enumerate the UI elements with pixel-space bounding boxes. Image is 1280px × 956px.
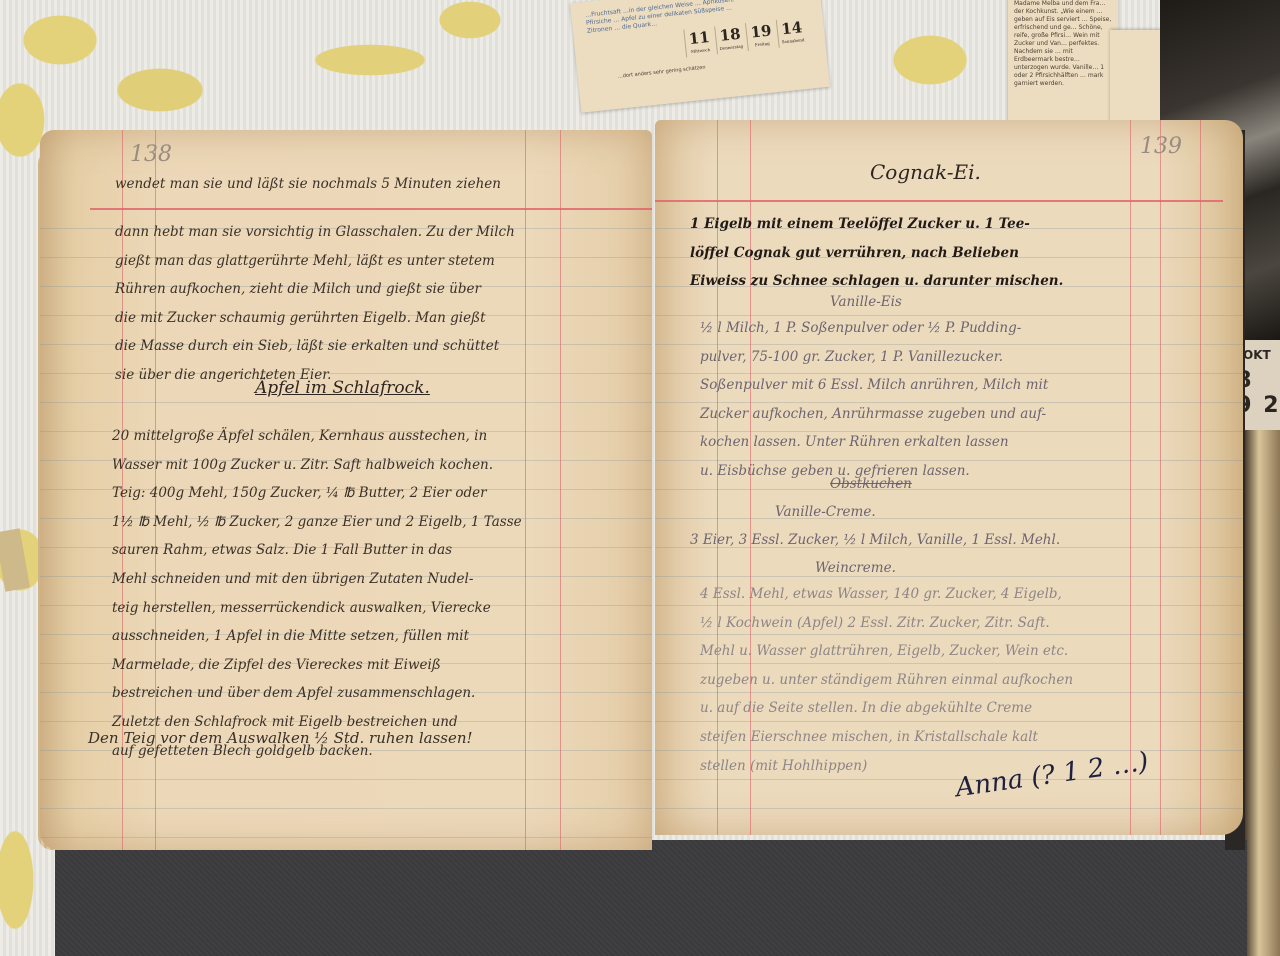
page-number: 138 [130, 142, 172, 167]
paper-edge [1245, 430, 1280, 956]
clipping-text: Madame Melba und dem Fra… der Kochkunst.… [1014, 0, 1112, 88]
calendar-month: OKT [1243, 348, 1271, 362]
recipe-footnote: Den Teig vor dem Auswalken ½ Std. ruhen … [88, 724, 473, 753]
cognak-ei-body: 1 Eigelb mit einem Teelöffel Zucker u. 1… [690, 210, 1235, 296]
clipping-footer: …dort anders sehr gering schätzen [617, 64, 705, 81]
calendar-day: 19Freitag [745, 20, 777, 51]
calendar-day: 14Sonnabend [776, 17, 808, 48]
recipe-title-vanille-eis: Vanille-Eis [830, 288, 902, 317]
recipe-title-cognak-ei: Cognak-Ei. [870, 160, 981, 184]
top-line-text: wendet man sie und läßt sie nochmals 5 M… [115, 170, 501, 199]
header-rule [655, 200, 1223, 202]
page-number: 139 [1140, 134, 1182, 159]
header-rule [90, 208, 652, 210]
vanille-creme-body: 3 Eier, 3 Essl. Zucker, ½ l Milch, Vanil… [690, 526, 1060, 555]
recipe-title-weincreme: Weincreme. [815, 554, 896, 583]
calendar-day: 11Mittwoch [683, 27, 715, 58]
continuation-text: dann hebt man sie vorsichtig in Glasscha… [115, 218, 655, 390]
notebook-cover [55, 840, 1247, 956]
struck-heading: Obstkuchen [830, 470, 912, 499]
right-page: 139 Cognak-Ei. 1 Eigelb mit einem Teelöf… [655, 120, 1243, 835]
weincreme-body: 4 Essl. Mehl, etwas Wasser, 140 gr. Zuck… [700, 580, 1240, 780]
recipe-title: Äpfel im Schlafrock. [255, 378, 430, 398]
recipe-body: 20 mittelgroße Äpfel schälen, Kernhaus a… [112, 422, 657, 765]
calendar-day: 18Donnerstag [714, 23, 746, 54]
newspaper-clipping: Madame Melba und dem Fra… der Kochkunst.… [1008, 0, 1118, 121]
vanille-eis-body: ½ l Milch, 1 P. Soßenpulver oder ½ P. Pu… [700, 314, 1240, 486]
left-page: 138 wendet man sie und läßt sie nochmals… [40, 130, 652, 850]
recipe-title-vanille-creme: Vanille-Creme. [775, 498, 876, 527]
